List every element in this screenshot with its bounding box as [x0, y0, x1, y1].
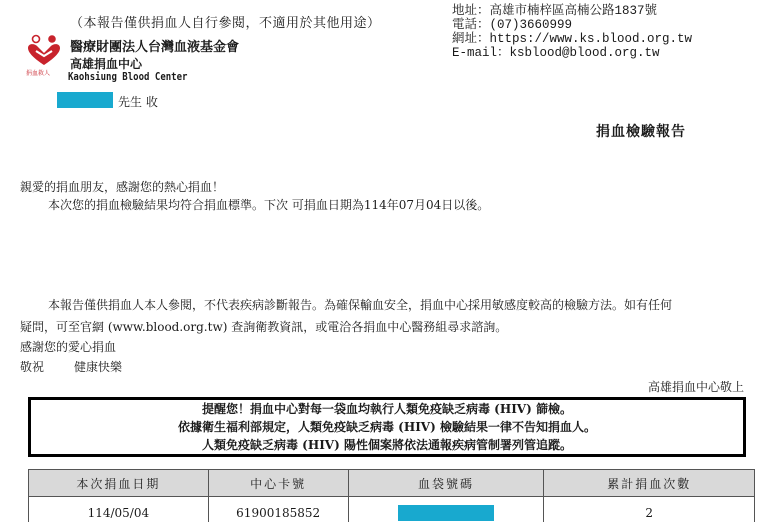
table-header-row: 本次捐血日期 中心卡號 血袋號碼 累計捐血次數 — [29, 470, 755, 497]
wish: 健康快樂 — [74, 360, 122, 374]
notice-line-3: 人類免疫缺乏病毒 (HIV) 陽性個案將依法通報疾病管制署列管追蹤。 — [202, 436, 572, 454]
header-card-number: 中心卡號 — [208, 470, 348, 497]
heart-people-icon — [24, 34, 66, 68]
recipient-name-redacted — [57, 92, 113, 108]
notice-line-2: 依據衛生福利部規定，人類免疫缺乏病毒 (HIV) 檢驗結果一律不告知捐血人。 — [178, 418, 596, 436]
donation-record-table: 本次捐血日期 中心卡號 血袋號碼 累計捐血次數 114/05/04 619001… — [28, 469, 755, 522]
report-disclaimer: （本報告僅供捐血人自行參閱，不適用於其他用途） — [70, 12, 381, 31]
greeting: 親愛的捐血朋友，感謝您的熱心捐血！ — [20, 178, 224, 195]
regards: 敬祝 — [20, 360, 44, 374]
bag-number-redacted — [398, 505, 494, 521]
cell-donation-date: 114/05/04 — [29, 497, 209, 522]
contact-address: 地址：高雄市楠梓區高楠公路1837號 — [452, 4, 692, 18]
hiv-notice-box: 提醒您！捐血中心對每一袋血均執行人類免疫缺乏病毒 (HIV) 篩檢。 依據衛生福… — [28, 397, 746, 457]
notice-line-1: 提醒您！捐血中心對每一袋血均執行人類免疫缺乏病毒 (HIV) 篩檢。 — [202, 400, 572, 418]
contact-phone: 電話：(07)3660999 — [452, 18, 692, 32]
report-title: 捐血檢驗報告 — [596, 121, 686, 141]
organization-name: 醫療財團法人台灣血液基金會 — [70, 36, 239, 55]
regards-line: 敬祝健康快樂 — [20, 358, 122, 375]
thanks-line: 感謝您的愛心捐血 — [20, 338, 116, 355]
test-result: 本次您的捐血檢驗結果均符合捐血標準。下次 可捐血日期為114年07月04日以後。 — [48, 196, 489, 213]
recipient-suffix: 先生 收 — [118, 93, 158, 110]
signoff: 高雄捐血中心敬上 — [648, 378, 744, 395]
cell-card-number: 61900185852 — [208, 497, 348, 522]
note-line-2: 疑問，可至官網 (www.blood.org.tw) 查詢衛教資訊，或電洽各捐血… — [20, 318, 507, 335]
center-name-english: Kaohsiung Blood Center — [68, 70, 187, 83]
logo-caption: 捐血救人 — [26, 68, 50, 77]
contact-website: 網址：https://www.ks.blood.org.tw — [452, 32, 692, 46]
cell-total-donations: 2 — [544, 497, 755, 522]
table-row: 114/05/04 61900185852 2 — [29, 497, 755, 522]
note-line-1: 本報告僅供捐血人本人參閱，不代表疾病診斷報告。為確保輸血安全，捐血中心採用敏感度… — [48, 296, 672, 313]
contact-info: 地址：高雄市楠梓區高楠公路1837號 電話：(07)3660999 網址：htt… — [452, 4, 692, 60]
header-total-donations: 累計捐血次數 — [544, 470, 755, 497]
header-donation-date: 本次捐血日期 — [29, 470, 209, 497]
header-bag-number: 血袋號碼 — [348, 470, 544, 497]
blood-foundation-logo: 捐血救人 — [24, 34, 66, 78]
cell-bag-number — [348, 497, 544, 522]
contact-email: E-mail：ksblood@blood.org.tw — [452, 46, 692, 60]
